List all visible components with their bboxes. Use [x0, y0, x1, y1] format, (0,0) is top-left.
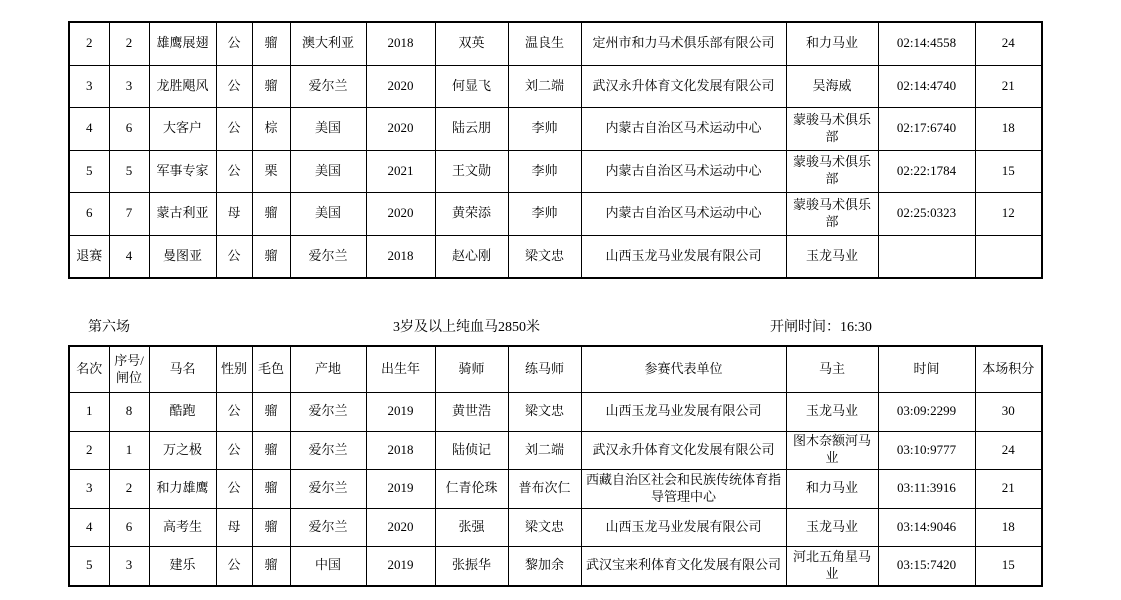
table-cell: 2018 — [366, 235, 435, 278]
race5-table-body: 22雄鹰展翅公骝澳大利亚2018双英温良生定州市和力马术俱乐部有限公司和力马业0… — [69, 22, 1042, 278]
table-row: 53建乐公骝中国2019张振华黎加余武汉宝来利体育文化发展有限公司河北五角星马业… — [69, 547, 1042, 586]
table-cell: 2 — [109, 22, 149, 65]
table-cell: 建乐 — [149, 547, 216, 586]
table-cell: 2020 — [366, 193, 435, 236]
table-cell: 蒙骏马术俱乐部 — [786, 193, 878, 236]
table-cell: 张强 — [435, 508, 508, 547]
table-cell: 和力马业 — [786, 470, 878, 509]
table-cell: 2 — [109, 470, 149, 509]
table-cell: 2020 — [366, 65, 435, 108]
table-cell: 2018 — [366, 22, 435, 65]
table-cell — [975, 235, 1042, 278]
table-cell: 美国 — [290, 193, 366, 236]
table-row: 退赛4曼图亚公骝爱尔兰2018赵心刚梁文忠山西玉龙马业发展有限公司玉龙马业 — [69, 235, 1042, 278]
table-row: 18酷跑公骝爱尔兰2019黄世浩梁文忠山西玉龙马业发展有限公司玉龙马业03:09… — [69, 393, 1042, 432]
table-row: 22雄鹰展翅公骝澳大利亚2018双英温良生定州市和力马术俱乐部有限公司和力马业0… — [69, 22, 1042, 65]
table-cell: 5 — [69, 150, 109, 193]
table-cell: 梁文忠 — [508, 393, 581, 432]
table-cell: 公 — [216, 547, 252, 586]
table-cell: 12 — [975, 193, 1042, 236]
table-cell: 公 — [216, 393, 252, 432]
table-cell: 棕 — [252, 108, 290, 151]
table-cell: 6 — [109, 508, 149, 547]
gate-time-label: 开闸时间：16:30 — [770, 316, 872, 336]
header-row: 名次 序号/闸位 马名 性别 毛色 产地 出生年 骑师 练马师 参赛代表单位 马… — [69, 346, 1042, 393]
col-header-gate: 序号/闸位 — [109, 346, 149, 393]
table-cell: 李帅 — [508, 150, 581, 193]
col-header-origin: 产地 — [290, 346, 366, 393]
col-header-time: 时间 — [878, 346, 975, 393]
table-cell: 陆云朋 — [435, 108, 508, 151]
table-cell: 王文勋 — [435, 150, 508, 193]
table-cell: 15 — [975, 150, 1042, 193]
table-cell: 02:14:4558 — [878, 22, 975, 65]
table-cell: 栗 — [252, 150, 290, 193]
table-cell: 21 — [975, 470, 1042, 509]
table-cell: 张振华 — [435, 547, 508, 586]
table-cell: 骝 — [252, 22, 290, 65]
table-cell: 吴海威 — [786, 65, 878, 108]
table-cell: 骝 — [252, 470, 290, 509]
col-header-birthyear: 出生年 — [366, 346, 435, 393]
table-cell: 李帅 — [508, 108, 581, 151]
table-cell: 酷跑 — [149, 393, 216, 432]
col-header-coat: 毛色 — [252, 346, 290, 393]
table-cell: 公 — [216, 431, 252, 470]
table-cell: 澳大利亚 — [290, 22, 366, 65]
table-cell: 母 — [216, 193, 252, 236]
table-cell: 西藏自治区社会和民族传统体育指导管理中心 — [581, 470, 786, 509]
table-row: 67蒙古利亚母骝美国2020黄荣添李帅内蒙古自治区马术运动中心蒙骏马术俱乐部02… — [69, 193, 1042, 236]
table-cell: 03:09:2299 — [878, 393, 975, 432]
race-title-label: 3岁及以上纯血马2850米 — [393, 316, 540, 336]
table-cell: 高考生 — [149, 508, 216, 547]
table-cell: 温良生 — [508, 22, 581, 65]
table-cell: 03:15:7420 — [878, 547, 975, 586]
table-cell: 2021 — [366, 150, 435, 193]
table-cell: 爱尔兰 — [290, 65, 366, 108]
col-header-points: 本场积分 — [975, 346, 1042, 393]
table-cell: 3 — [69, 470, 109, 509]
table-cell: 刘二端 — [508, 65, 581, 108]
table-cell: 02:22:1784 — [878, 150, 975, 193]
table-cell: 骝 — [252, 508, 290, 547]
table-cell: 武汉永升体育文化发展有限公司 — [581, 431, 786, 470]
table-cell: 公 — [216, 22, 252, 65]
table-cell: 5 — [69, 547, 109, 586]
table-cell: 2019 — [366, 470, 435, 509]
table-cell: 蒙骏马术俱乐部 — [786, 150, 878, 193]
table-cell: 赵心刚 — [435, 235, 508, 278]
table-row: 33龙胜飓风公骝爱尔兰2020何显飞刘二端武汉永升体育文化发展有限公司吴海威02… — [69, 65, 1042, 108]
table-cell: 山西玉龙马业发展有限公司 — [581, 393, 786, 432]
table-cell: 24 — [975, 22, 1042, 65]
col-header-rank: 名次 — [69, 346, 109, 393]
table-cell: 中国 — [290, 547, 366, 586]
col-header-trainer: 练马师 — [508, 346, 581, 393]
table-cell: 美国 — [290, 150, 366, 193]
race6-section-header: 第六场 3岁及以上纯血马2850米 开闸时间：16:30 — [0, 316, 1121, 336]
table-cell: 军事专家 — [149, 150, 216, 193]
table-cell: 李帅 — [508, 193, 581, 236]
race6-table-header: 名次 序号/闸位 马名 性别 毛色 产地 出生年 骑师 练马师 参赛代表单位 马… — [69, 346, 1042, 393]
table-cell: 何显飞 — [435, 65, 508, 108]
table-cell: 曼图亚 — [149, 235, 216, 278]
table-row: 46高考生母骝爱尔兰2020张强梁文忠山西玉龙马业发展有限公司玉龙马业03:14… — [69, 508, 1042, 547]
table-cell: 蒙古利亚 — [149, 193, 216, 236]
table-cell: 内蒙古自治区马术运动中心 — [581, 193, 786, 236]
table-cell: 24 — [975, 431, 1042, 470]
table-cell: 6 — [109, 108, 149, 151]
table-cell: 02:17:6740 — [878, 108, 975, 151]
table-cell: 河北五角星马业 — [786, 547, 878, 586]
table-cell: 02:14:4740 — [878, 65, 975, 108]
table-cell: 公 — [216, 108, 252, 151]
table-cell: 2018 — [366, 431, 435, 470]
table-cell: 玉龙马业 — [786, 393, 878, 432]
col-header-owner: 马主 — [786, 346, 878, 393]
table-cell: 龙胜飓风 — [149, 65, 216, 108]
table-cell: 普布次仁 — [508, 470, 581, 509]
table-cell: 5 — [109, 150, 149, 193]
table-cell: 退赛 — [69, 235, 109, 278]
table-cell: 和力马业 — [786, 22, 878, 65]
table-cell: 玉龙马业 — [786, 235, 878, 278]
table-cell: 4 — [109, 235, 149, 278]
table-cell: 公 — [216, 470, 252, 509]
table-cell: 公 — [216, 65, 252, 108]
table-cell: 03:14:9046 — [878, 508, 975, 547]
race-number-label: 第六场 — [88, 316, 130, 336]
table-cell — [878, 235, 975, 278]
table-row: 32和力雄鹰公骝爱尔兰2019仁青伦珠普布次仁西藏自治区社会和民族传统体育指导管… — [69, 470, 1042, 509]
table-cell: 30 — [975, 393, 1042, 432]
table-cell: 2019 — [366, 547, 435, 586]
table-cell: 3 — [69, 65, 109, 108]
col-header-team: 参赛代表单位 — [581, 346, 786, 393]
table-cell: 图木奈额河马业 — [786, 431, 878, 470]
table-cell: 武汉永升体育文化发展有限公司 — [581, 65, 786, 108]
table-cell: 3 — [109, 65, 149, 108]
table-cell: 骝 — [252, 547, 290, 586]
race6-table-body: 18酷跑公骝爱尔兰2019黄世浩梁文忠山西玉龙马业发展有限公司玉龙马业03:09… — [69, 393, 1042, 586]
table-cell: 公 — [216, 150, 252, 193]
table-cell: 爱尔兰 — [290, 393, 366, 432]
table-cell: 4 — [69, 108, 109, 151]
table-cell: 03:10:9777 — [878, 431, 975, 470]
col-header-horse: 马名 — [149, 346, 216, 393]
table-cell: 18 — [975, 508, 1042, 547]
table-cell: 爱尔兰 — [290, 508, 366, 547]
table-cell: 大客户 — [149, 108, 216, 151]
table-cell: 21 — [975, 65, 1042, 108]
table-cell: 仁青伦珠 — [435, 470, 508, 509]
table-cell: 万之极 — [149, 431, 216, 470]
table-cell: 2 — [69, 22, 109, 65]
table-cell: 6 — [69, 193, 109, 236]
table-cell: 骝 — [252, 393, 290, 432]
table-cell: 15 — [975, 547, 1042, 586]
table-row: 55军事专家公栗美国2021王文勋李帅内蒙古自治区马术运动中心蒙骏马术俱乐部02… — [69, 150, 1042, 193]
table-cell: 双英 — [435, 22, 508, 65]
table-cell: 7 — [109, 193, 149, 236]
table-cell: 黄世浩 — [435, 393, 508, 432]
table-cell: 母 — [216, 508, 252, 547]
table-cell: 1 — [109, 431, 149, 470]
table-cell: 定州市和力马术俱乐部有限公司 — [581, 22, 786, 65]
table-cell: 玉龙马业 — [786, 508, 878, 547]
race6-results-table: 名次 序号/闸位 马名 性别 毛色 产地 出生年 骑师 练马师 参赛代表单位 马… — [68, 345, 1043, 587]
table-cell: 梁文忠 — [508, 508, 581, 547]
table-cell: 爱尔兰 — [290, 431, 366, 470]
table-cell: 2020 — [366, 108, 435, 151]
table-cell: 内蒙古自治区马术运动中心 — [581, 108, 786, 151]
table-cell: 骝 — [252, 235, 290, 278]
table-cell: 公 — [216, 235, 252, 278]
table-cell: 武汉宝来利体育文化发展有限公司 — [581, 547, 786, 586]
table-cell: 和力雄鹰 — [149, 470, 216, 509]
table-cell: 黄荣添 — [435, 193, 508, 236]
col-header-jockey: 骑师 — [435, 346, 508, 393]
table-cell: 刘二端 — [508, 431, 581, 470]
table-cell: 爱尔兰 — [290, 470, 366, 509]
table-cell: 02:25:0323 — [878, 193, 975, 236]
col-header-sex: 性别 — [216, 346, 252, 393]
table-cell: 8 — [109, 393, 149, 432]
table-cell: 美国 — [290, 108, 366, 151]
table-cell: 内蒙古自治区马术运动中心 — [581, 150, 786, 193]
table-cell: 梁文忠 — [508, 235, 581, 278]
table-cell: 2019 — [366, 393, 435, 432]
table-cell: 03:11:3916 — [878, 470, 975, 509]
table-cell: 山西玉龙马业发展有限公司 — [581, 508, 786, 547]
table-cell: 黎加余 — [508, 547, 581, 586]
table-cell: 2 — [69, 431, 109, 470]
table-cell: 陆侦记 — [435, 431, 508, 470]
table-row: 46大客户公棕美国2020陆云朋李帅内蒙古自治区马术运动中心蒙骏马术俱乐部02:… — [69, 108, 1042, 151]
table-cell: 蒙骏马术俱乐部 — [786, 108, 878, 151]
table-cell: 爱尔兰 — [290, 235, 366, 278]
table-cell: 4 — [69, 508, 109, 547]
table-row: 21万之极公骝爱尔兰2018陆侦记刘二端武汉永升体育文化发展有限公司图木奈额河马… — [69, 431, 1042, 470]
table-cell: 2020 — [366, 508, 435, 547]
table-cell: 3 — [109, 547, 149, 586]
table-cell: 骝 — [252, 65, 290, 108]
table-cell: 1 — [69, 393, 109, 432]
table-cell: 骝 — [252, 193, 290, 236]
table-cell: 骝 — [252, 431, 290, 470]
table-cell: 18 — [975, 108, 1042, 151]
table-cell: 山西玉龙马业发展有限公司 — [581, 235, 786, 278]
race5-results-table: 22雄鹰展翅公骝澳大利亚2018双英温良生定州市和力马术俱乐部有限公司和力马业0… — [68, 21, 1043, 279]
table-cell: 雄鹰展翅 — [149, 22, 216, 65]
